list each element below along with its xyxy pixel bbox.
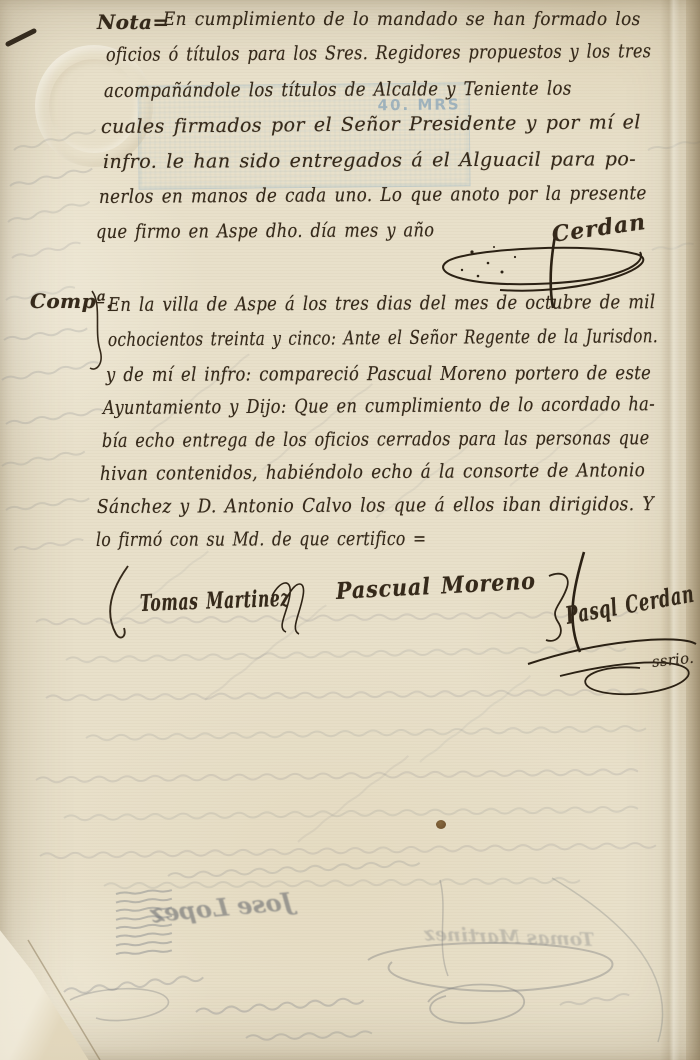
signature-cerdan: Cerdan — [550, 211, 647, 246]
nota-line: que firmo en Aspe dho. día mes y año — [96, 221, 434, 242]
comparecencia-line: hivan contenidos, habiéndolo echo á la c… — [100, 461, 645, 484]
signature-pascual-moreno: Pascual Moreno — [335, 570, 536, 603]
comparecencia-line: y de mí el infro: compareció Pascual Mor… — [106, 364, 651, 385]
nota-line: infro. le han sido entregados á el Algua… — [103, 150, 636, 172]
nota-line: cuales firmados por el Señor Presidente … — [101, 113, 641, 137]
nota-line: nerlos en manos de cada uno. Lo que anot… — [99, 184, 647, 207]
comparecencia-line: En la villa de Aspe á los tres dias del … — [108, 293, 656, 315]
comparecencia-label: Compª. — [30, 291, 114, 311]
comparecencia-line: Sánchez y D. Antonio Calvo los que á ell… — [97, 495, 654, 517]
nota-line: oficios ó títulos para los Sres. Regidor… — [106, 42, 651, 65]
nota-line: acompañándole los títulos de Alcalde y T… — [104, 80, 572, 101]
signature-cerdan-title: ssrio. — [651, 651, 695, 670]
signature-tomas-martinez: Tomas Martinez — [140, 587, 291, 615]
manuscript-page: 40. MRS Jose Lopez Tomas Martinez — [0, 0, 700, 1060]
comparecencia-line: ochocientos treinta y cinco: Ante el Señ… — [108, 327, 658, 350]
comparecencia-line: bía echo entrega de los oficios cerrados… — [102, 429, 650, 451]
comparecencia-line: lo firmó con su Md. de que certifico = — [96, 530, 426, 550]
handwriting-layer: Nota= En cumplimiento de lo mandado se h… — [0, 0, 700, 1060]
signature-pasql-cerdan: Pasql Cerdan — [564, 582, 696, 628]
nota-label: Nota= — [97, 12, 170, 32]
nota-line: En cumplimiento de lo mandado se han for… — [163, 10, 641, 29]
comparecencia-line: Ayuntamiento y Dijo: Que en cumplimiento… — [103, 395, 655, 418]
